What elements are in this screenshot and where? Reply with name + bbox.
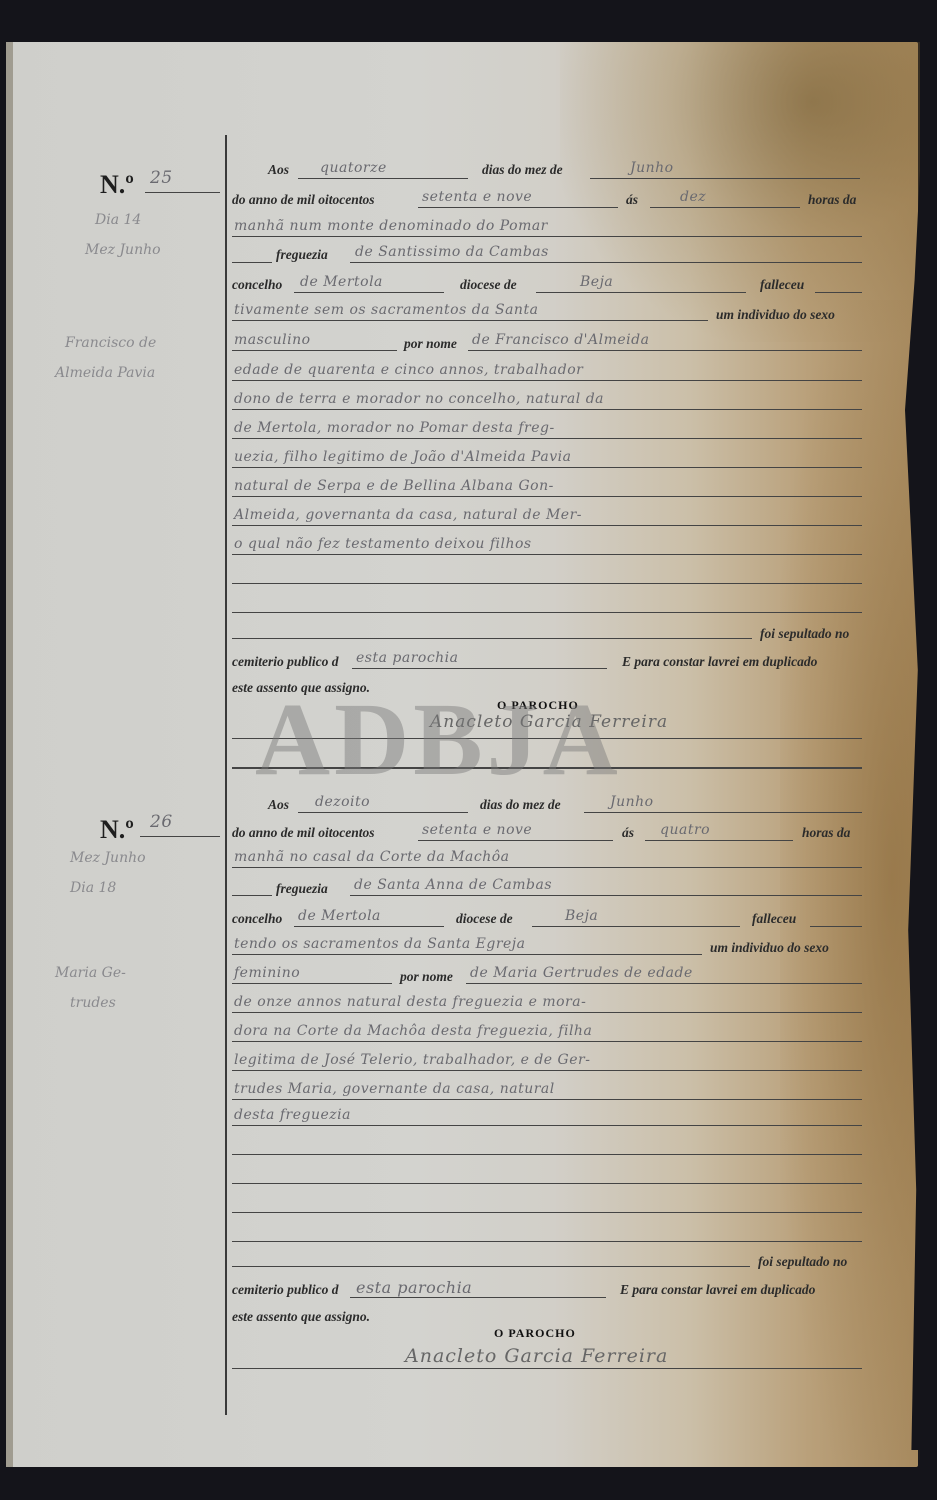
margin-note: Mez Junho (70, 850, 146, 866)
signature: Anacleto Garcia Ferreira (405, 1345, 668, 1367)
field-anno: setenta e nove (422, 189, 532, 205)
field-dia: quatorze (320, 160, 387, 176)
book-binding (6, 42, 13, 1467)
margin-note: Dia 14 (95, 212, 141, 228)
entry-number-label: N.º (100, 170, 134, 200)
margin-note: Mez Junho (85, 242, 161, 258)
water-stain (560, 42, 920, 342)
entry-number-label: N.º (100, 815, 134, 845)
field-horas: dez (680, 189, 706, 205)
entry-number: 25 (150, 168, 173, 188)
margin-note: Francisco de (65, 335, 156, 351)
watermark: ADBJA (255, 680, 622, 799)
margin-note: Dia 18 (70, 880, 116, 896)
field-mez: Junho (630, 160, 674, 176)
margin-note: Maria Ge- (55, 965, 126, 981)
margin-note: Almeida Pavia (55, 365, 155, 381)
margin-note: trudes (70, 995, 116, 1011)
margin-rule (225, 135, 227, 1415)
parocho-label: O PAROCHO (494, 1326, 576, 1341)
entry-number: 26 (150, 812, 173, 832)
